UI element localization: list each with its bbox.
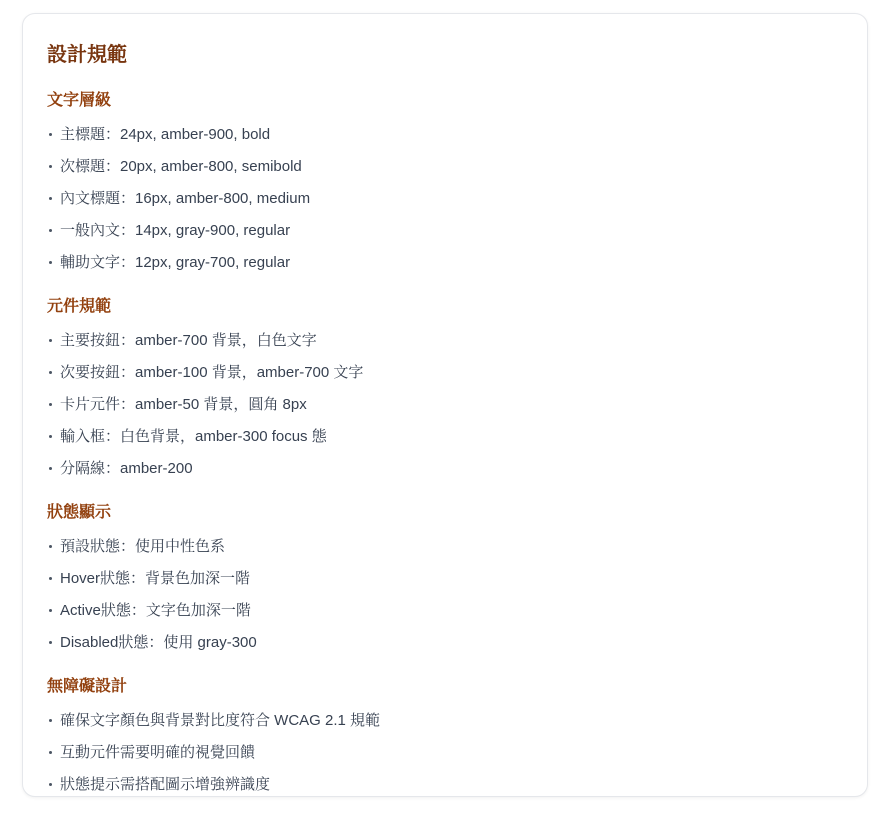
bullet-list: 主標題：24px, amber-900, bold 次標題：20px, ambe… <box>47 124 843 273</box>
list-item: 預設狀態：使用中性色系 <box>47 536 843 557</box>
page-title: 設計規範 <box>47 41 843 69</box>
list-item-text: 預設狀態：使用中性色系 <box>60 536 225 557</box>
list-item-text: 次要按鈕：amber-100 背景，amber-700 文字 <box>60 362 363 383</box>
bullet-icon <box>49 403 52 406</box>
list-item-text: Active狀態：文字色加深一階 <box>60 600 251 621</box>
bullet-icon <box>49 165 52 168</box>
list-item: 輸入框：白色背景，amber-300 focus 態 <box>47 426 843 447</box>
bullet-list: 主要按鈕：amber-700 背景，白色文字 次要按鈕：amber-100 背景… <box>47 330 843 479</box>
bullet-icon <box>49 783 52 786</box>
bullet-icon <box>49 339 52 342</box>
section-heading: 無障礙設計 <box>47 676 843 698</box>
list-item-text: 內文標題：16px, amber-800, medium <box>60 188 310 209</box>
list-item: 內文標題：16px, amber-800, medium <box>47 188 843 209</box>
list-item: 一般內文：14px, gray-900, regular <box>47 220 843 241</box>
bullet-icon <box>49 197 52 200</box>
list-item-text: 輔助文字：12px, gray-700, regular <box>60 252 290 273</box>
list-item-text: 主標題：24px, amber-900, bold <box>60 124 270 145</box>
list-item: 互動元件需要明確的視覺回饋 <box>47 742 843 763</box>
list-item-text: 確保文字顏色與背景對比度符合 WCAG 2.1 規範 <box>60 710 380 731</box>
list-item: 主標題：24px, amber-900, bold <box>47 124 843 145</box>
section-accessibility: 無障礙設計 確保文字顏色與背景對比度符合 WCAG 2.1 規範 互動元件需要明… <box>47 676 843 795</box>
list-item: 分隔線：amber-200 <box>47 458 843 479</box>
section-heading: 狀態顯示 <box>47 502 843 524</box>
list-item-text: 一般內文：14px, gray-900, regular <box>60 220 290 241</box>
list-item-text: 次標題：20px, amber-800, semibold <box>60 156 302 177</box>
list-item: 次要按鈕：amber-100 背景，amber-700 文字 <box>47 362 843 383</box>
section-state-display: 狀態顯示 預設狀態：使用中性色系 Hover狀態：背景色加深一階 Active狀… <box>47 502 843 653</box>
list-item: 確保文字顏色與背景對比度符合 WCAG 2.1 規範 <box>47 710 843 731</box>
bullet-icon <box>49 229 52 232</box>
bullet-icon <box>49 371 52 374</box>
list-item-text: 卡片元件：amber-50 背景，圓角 8px <box>60 394 307 415</box>
section-text-hierarchy: 文字層級 主標題：24px, amber-900, bold 次標題：20px,… <box>47 90 843 273</box>
bullet-list: 確保文字顏色與背景對比度符合 WCAG 2.1 規範 互動元件需要明確的視覺回饋… <box>47 710 843 795</box>
section-heading: 文字層級 <box>47 90 843 112</box>
bullet-icon <box>49 261 52 264</box>
bullet-icon <box>49 435 52 438</box>
bullet-icon <box>49 641 52 644</box>
list-item: Disabled狀態：使用 gray-300 <box>47 632 843 653</box>
bullet-icon <box>49 609 52 612</box>
list-item-text: Hover狀態：背景色加深一階 <box>60 568 250 589</box>
list-item-text: 互動元件需要明確的視覺回饋 <box>60 742 255 763</box>
list-item-text: 主要按鈕：amber-700 背景，白色文字 <box>60 330 317 351</box>
list-item: Hover狀態：背景色加深一階 <box>47 568 843 589</box>
bullet-icon <box>49 719 52 722</box>
list-item: Active狀態：文字色加深一階 <box>47 600 843 621</box>
bullet-icon <box>49 751 52 754</box>
bullet-icon <box>49 577 52 580</box>
list-item: 狀態提示需搭配圖示增強辨識度 <box>47 774 843 795</box>
bullet-icon <box>49 467 52 470</box>
section-component-spec: 元件規範 主要按鈕：amber-700 背景，白色文字 次要按鈕：amber-1… <box>47 296 843 479</box>
list-item-text: 輸入框：白色背景，amber-300 focus 態 <box>60 426 327 447</box>
list-item: 輔助文字：12px, gray-700, regular <box>47 252 843 273</box>
bullet-icon <box>49 545 52 548</box>
list-item: 主要按鈕：amber-700 背景，白色文字 <box>47 330 843 351</box>
list-item: 卡片元件：amber-50 背景，圓角 8px <box>47 394 843 415</box>
section-heading: 元件規範 <box>47 296 843 318</box>
design-spec-card: 設計規範 文字層級 主標題：24px, amber-900, bold 次標題：… <box>22 13 868 797</box>
list-item-text: 分隔線：amber-200 <box>60 458 193 479</box>
bullet-list: 預設狀態：使用中性色系 Hover狀態：背景色加深一階 Active狀態：文字色… <box>47 536 843 653</box>
bullet-icon <box>49 133 52 136</box>
list-item-text: 狀態提示需搭配圖示增強辨識度 <box>60 774 270 795</box>
list-item: 次標題：20px, amber-800, semibold <box>47 156 843 177</box>
list-item-text: Disabled狀態：使用 gray-300 <box>60 632 257 653</box>
